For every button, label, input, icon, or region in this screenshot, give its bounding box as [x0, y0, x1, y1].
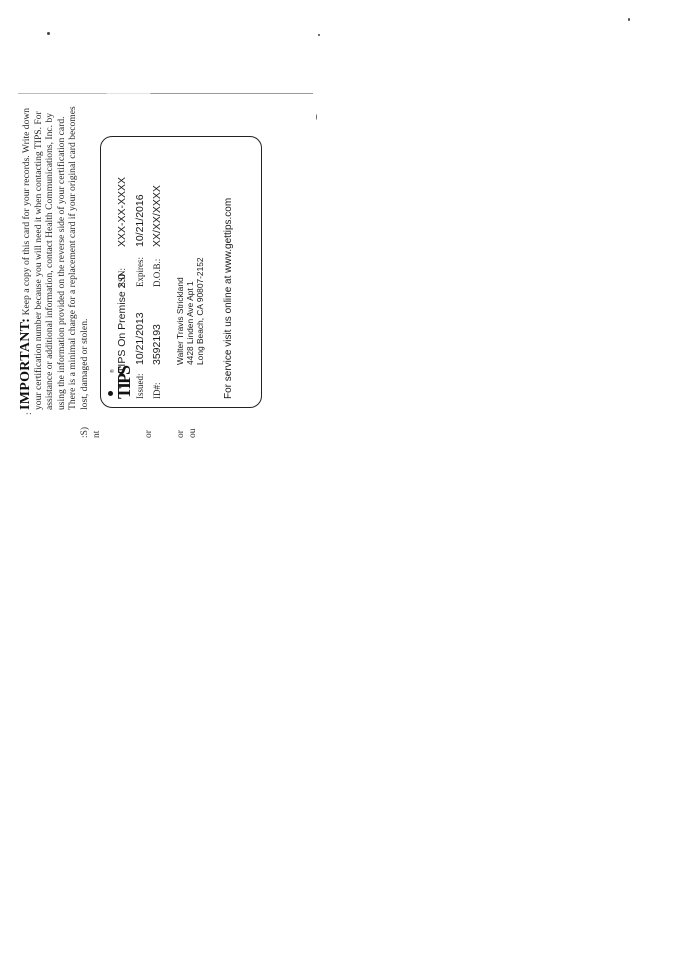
- margin-fragment: or: [176, 430, 186, 438]
- important-notice: IMPORTANT: Keep a copy of this card for …: [20, 92, 91, 410]
- course-name: TIPS On Premise 2.0: [116, 274, 128, 373]
- scan-speck: [628, 18, 630, 21]
- id-label: ID#:: [152, 383, 162, 400]
- logo-dot-icon: [108, 391, 113, 396]
- scan-speck: [47, 32, 50, 35]
- dob-value: XX/XX/XXXX: [151, 185, 163, 247]
- holder-street: 4428 Linden Ave Apt 1: [185, 257, 195, 365]
- ssn-label: SSN:: [117, 268, 127, 287]
- margin-fragment: ou: [188, 429, 198, 439]
- margin-fragment: or: [144, 430, 154, 438]
- margin-fragment: nt: [92, 431, 102, 438]
- id-value: 3592193: [151, 324, 163, 365]
- holder-city: Long Beach, CA 90807-2152: [195, 257, 205, 365]
- issued-label: Issued:: [135, 374, 145, 400]
- expires-value: 10/21/2016: [134, 194, 146, 247]
- dob-label: D.O.B.:: [152, 259, 162, 287]
- service-link-text: For service visit us online at www.getti…: [223, 198, 234, 399]
- rotated-document: IMPORTANT: Keep a copy of this card for …: [20, 90, 380, 410]
- ssn-value: XXX-XX-XXXX: [116, 177, 128, 247]
- margin-fragment: :S): [80, 427, 90, 438]
- issued-value: 10/21/2013: [134, 312, 146, 365]
- important-heading: IMPORTANT:: [18, 318, 33, 410]
- holder-name: Walter Travis Strickland: [175, 257, 185, 365]
- margin-fragment: :: [24, 412, 34, 415]
- holder-address: Walter Travis Strickland 4428 Linden Ave…: [175, 257, 205, 365]
- tips-certification-card: TIPS ® TIPS On Premise 2.0 SSN: XXX-XX-X…: [100, 136, 262, 408]
- expires-label: Expires:: [135, 257, 145, 287]
- scan-speck: [318, 34, 320, 36]
